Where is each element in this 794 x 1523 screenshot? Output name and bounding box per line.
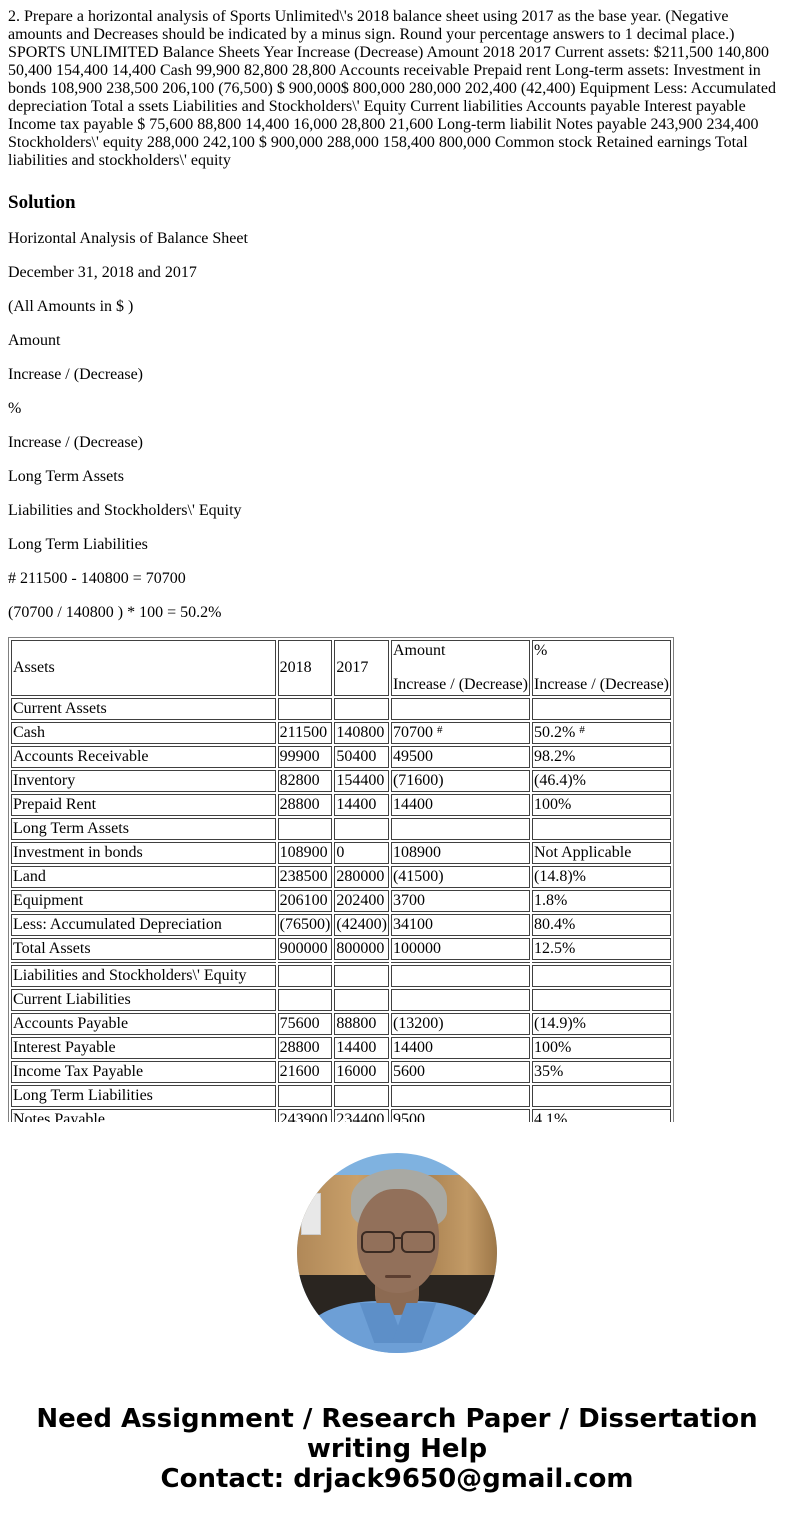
table-row: Investment in bonds1089000108900Not Appl… [11, 842, 671, 864]
value-2017-text: 88800 [336, 1015, 376, 1032]
row-label: Notes Payable [11, 1109, 276, 1122]
header-percent-line2: Increase / (Decrease) [534, 676, 669, 694]
para-inc-dec-1: Increase / (Decrease) [8, 366, 786, 384]
amount-change-text: (71600) [393, 772, 444, 789]
para-footnote-pct: (70700 / 140800 ) * 100 = 50.2% [8, 604, 786, 622]
table-row: Cash21150014080070700 #50.2% # [11, 722, 671, 744]
table-row: Total Assets90000080000010000012.5% [11, 938, 671, 960]
row-label-text: Accounts Receivable [13, 748, 149, 765]
table-row: Interest Payable288001440014400100% [11, 1037, 671, 1059]
amount-change-text: 34100 [393, 916, 433, 933]
value-2018-text: 28800 [280, 796, 320, 813]
percent-change: 12.5% [532, 938, 671, 960]
percent-change-text: 4.1% [534, 1111, 567, 1122]
row-label-text: Prepaid Rent [13, 796, 96, 813]
row-label: Long Term Assets [11, 818, 276, 840]
row-label: Accounts Receivable [11, 746, 276, 768]
para-units: (All Amounts in $ ) [8, 298, 786, 316]
value-2017-text: 14400 [336, 796, 376, 813]
value-2017-text: 280000 [336, 868, 384, 885]
value-2017-text: 14400 [336, 1039, 376, 1056]
value-2018 [278, 989, 333, 1011]
solution-heading: Solution [8, 192, 786, 214]
value-2018 [278, 818, 333, 840]
row-label: Equipment [11, 890, 276, 912]
row-label-text: Land [13, 868, 46, 885]
value-2017: 0 [334, 842, 389, 864]
amount-change: 70700 # [391, 722, 530, 744]
percent-change: (14.8)% [532, 866, 671, 888]
table-header-row: Assets 2018 2017 Amount Increase / (Decr… [11, 640, 671, 696]
para-amount: Amount [8, 332, 786, 350]
percent-change-text: 98.2% [534, 748, 575, 765]
value-2018: 28800 [278, 794, 333, 816]
value-2018: 900000 [278, 938, 333, 960]
table-row: Accounts Receivable99900504004950098.2% [11, 746, 671, 768]
row-label: Accounts Payable [11, 1013, 276, 1035]
percent-change: 1.8% [532, 890, 671, 912]
value-2018-text: (76500) [280, 916, 331, 933]
row-label-text: Total Assets [13, 940, 91, 957]
row-label: Interest Payable [11, 1037, 276, 1059]
value-2018: 21600 [278, 1061, 333, 1083]
divider-cell [334, 962, 389, 963]
row-label: Less: Accumulated Depreciation [11, 914, 276, 936]
row-label-text: Long Term Assets [13, 820, 129, 837]
percent-change [532, 965, 671, 987]
avatar-wall-switch [301, 1193, 321, 1235]
amount-change: (41500) [391, 866, 530, 888]
header-2017: 2017 [334, 640, 389, 696]
value-2018 [278, 1085, 333, 1107]
percent-change: (14.9)% [532, 1013, 671, 1035]
value-2017 [334, 1085, 389, 1107]
amount-change: 108900 [391, 842, 530, 864]
table-row: Less: Accumulated Depreciation(76500)(42… [11, 914, 671, 936]
value-2017-text: 202400 [336, 892, 384, 909]
percent-change-text: 1.8% [534, 892, 567, 909]
row-label-text: Accounts Payable [13, 1015, 128, 1032]
para-title: Horizontal Analysis of Balance Sheet [8, 230, 786, 248]
percent-change: 98.2% [532, 746, 671, 768]
value-2018-text: 99900 [280, 748, 320, 765]
table-row: Land238500280000(41500)(14.8)% [11, 866, 671, 888]
value-2018-text: 28800 [280, 1039, 320, 1056]
header-2018: 2018 [278, 640, 333, 696]
value-2018-text: 238500 [280, 868, 328, 885]
value-2018-text: 75600 [280, 1015, 320, 1032]
table-row: Long Term Liabilities [11, 1085, 671, 1107]
value-2017-text: 800000 [336, 940, 384, 957]
value-2017 [334, 965, 389, 987]
table-row: Long Term Assets [11, 818, 671, 840]
table-row: Current Assets [11, 698, 671, 720]
value-2017 [334, 698, 389, 720]
row-label-text: Interest Payable [13, 1039, 116, 1056]
table-row: Prepaid Rent288001440014400100% [11, 794, 671, 816]
row-label-text: Liabilities and Stockholders\' Equity [13, 967, 247, 984]
value-2017: 140800 [334, 722, 389, 744]
value-2018: (76500) [278, 914, 333, 936]
avatar-glasses-right [401, 1231, 435, 1253]
value-2018: 82800 [278, 770, 333, 792]
value-2017: 800000 [334, 938, 389, 960]
solution-paragraphs: Horizontal Analysis of Balance Sheet Dec… [0, 230, 794, 622]
table-row: Inventory82800154400(71600)(46.4)% [11, 770, 671, 792]
value-2018: 75600 [278, 1013, 333, 1035]
value-2017: 50400 [334, 746, 389, 768]
value-2018: 99900 [278, 746, 333, 768]
value-2017-text: 16000 [336, 1063, 376, 1080]
percent-change: 4.1% [532, 1109, 671, 1122]
row-label: Income Tax Payable [11, 1061, 276, 1083]
row-label-text: Income Tax Payable [13, 1063, 143, 1080]
percent-change-text: 50.2% [534, 724, 575, 741]
row-label-text: Notes Payable [13, 1111, 105, 1122]
value-2018-text: 206100 [280, 892, 328, 909]
value-2017-text: (42400) [336, 916, 387, 933]
percent-change-text: (14.9)% [534, 1015, 586, 1032]
row-label-text: Investment in bonds [13, 844, 143, 861]
row-label: Long Term Liabilities [11, 1085, 276, 1107]
percent-change [532, 1085, 671, 1107]
amount-change: 49500 [391, 746, 530, 768]
amount-change: (13200) [391, 1013, 530, 1035]
amount-change [391, 698, 530, 720]
value-2018: 206100 [278, 890, 333, 912]
amount-change-text: 108900 [393, 844, 441, 861]
value-2018-text: 243900 [280, 1111, 328, 1122]
value-2018 [278, 965, 333, 987]
value-2017: 202400 [334, 890, 389, 912]
percent-change-text: 12.5% [534, 940, 575, 957]
value-2017-text: 50400 [336, 748, 376, 765]
row-label: Current Assets [11, 698, 276, 720]
value-2018: 108900 [278, 842, 333, 864]
value-2017: 14400 [334, 794, 389, 816]
amount-change: 34100 [391, 914, 530, 936]
percent-change-text: (46.4)% [534, 772, 586, 789]
amount-change: (71600) [391, 770, 530, 792]
value-2018-text: 108900 [280, 844, 328, 861]
row-label: Investment in bonds [11, 842, 276, 864]
percent-change-text: 100% [534, 1039, 571, 1056]
table-row: Notes Payable24390023440095004.1% [11, 1109, 671, 1122]
para-inc-dec-2: Increase / (Decrease) [8, 434, 786, 452]
value-2018-text: 211500 [280, 724, 327, 741]
amount-change-text: 9500 [393, 1111, 425, 1122]
amount-change: 3700 [391, 890, 530, 912]
avatar-mouth [385, 1275, 411, 1278]
value-2017-text: 154400 [336, 772, 384, 789]
amount-change: 5600 [391, 1061, 530, 1083]
row-label: Cash [11, 722, 276, 744]
amount-change-text: 3700 [393, 892, 425, 909]
amount-change: 14400 [391, 794, 530, 816]
divider-cell [391, 962, 530, 963]
value-2017: 280000 [334, 866, 389, 888]
percent-change [532, 989, 671, 1011]
amount-change [391, 989, 530, 1011]
promo-line-1: Need Assignment / Research Paper / Disse… [0, 1404, 794, 1434]
value-2017: 154400 [334, 770, 389, 792]
amount-change: 14400 [391, 1037, 530, 1059]
avatar-glasses-bridge [393, 1237, 401, 1239]
section-divider [11, 962, 671, 963]
row-label-text: Less: Accumulated Depreciation [13, 916, 222, 933]
value-2017: 16000 [334, 1061, 389, 1083]
percent-change-text: 100% [534, 796, 571, 813]
percent-change [532, 818, 671, 840]
table-row: Equipment20610020240037001.8% [11, 890, 671, 912]
assets-section: Assets 2018 2017 Amount Increase / (Decr… [11, 640, 671, 960]
header-amount-line2: Increase / (Decrease) [393, 676, 528, 694]
percent-change: Not Applicable [532, 842, 671, 864]
divider-cell [532, 962, 671, 963]
amount-change-text: (41500) [393, 868, 444, 885]
value-2017-text: 234400 [336, 1111, 384, 1122]
percent-change-text: 80.4% [534, 916, 575, 933]
header-amount-line1: Amount [393, 642, 528, 660]
row-label-text: Inventory [13, 772, 75, 789]
percent-change: 35% [532, 1061, 671, 1083]
value-2017: 14400 [334, 1037, 389, 1059]
value-2017 [334, 818, 389, 840]
percent-change: (46.4)% [532, 770, 671, 792]
row-label-text: Long Term Liabilities [13, 1087, 153, 1104]
table-row: Income Tax Payable2160016000560035% [11, 1061, 671, 1083]
amount-change-text: 14400 [393, 1039, 433, 1056]
row-label-text: Current Liabilities [13, 991, 131, 1008]
row-label-text: Current Assets [13, 700, 107, 717]
avatar-glasses-left [361, 1231, 395, 1253]
header-assets: Assets [11, 640, 276, 696]
row-label: Liabilities and Stockholders\' Equity [11, 965, 276, 987]
value-2017 [334, 989, 389, 1011]
para-long-term-liabilities: Long Term Liabilities [8, 536, 786, 554]
divider-cell [278, 962, 333, 963]
percent-change: 80.4% [532, 914, 671, 936]
value-2017: 88800 [334, 1013, 389, 1035]
value-2018: 211500 [278, 722, 333, 744]
row-label: Current Liabilities [11, 989, 276, 1011]
percent-change-text: 35% [534, 1063, 563, 1080]
para-date: December 31, 2018 and 2017 [8, 264, 786, 282]
amount-change-text: (13200) [393, 1015, 444, 1032]
question-text: 2. Prepare a horizontal analysis of Spor… [8, 8, 786, 170]
value-2018-text: 21600 [280, 1063, 320, 1080]
row-label: Land [11, 866, 276, 888]
para-percent: % [8, 400, 786, 418]
liabilities-section: Liabilities and Stockholders\' EquityCur… [11, 965, 671, 1122]
amount-change: 100000 [391, 938, 530, 960]
percent-change: 100% [532, 1037, 671, 1059]
table-row: Liabilities and Stockholders\' Equity [11, 965, 671, 987]
value-2017-text: 0 [336, 844, 344, 861]
para-footnote-calc: # 211500 - 140800 = 70700 [8, 570, 786, 588]
value-2018: 243900 [278, 1109, 333, 1122]
percent-change-text: Not Applicable [534, 844, 631, 861]
value-2018-text: 82800 [280, 772, 320, 789]
horizontal-analysis-table: Assets 2018 2017 Amount Increase / (Decr… [8, 637, 674, 1122]
para-liabilities-equity: Liabilities and Stockholders\' Equity [8, 502, 786, 520]
divider-cell [11, 962, 276, 963]
value-2018 [278, 698, 333, 720]
header-amount: Amount Increase / (Decrease) [391, 640, 530, 696]
header-percent-line1: % [534, 642, 669, 660]
promo-contact: Contact: drjack9650@gmail.com [0, 1464, 794, 1494]
value-2018: 28800 [278, 1037, 333, 1059]
percent-change: 50.2% # [532, 722, 671, 744]
amount-change [391, 1085, 530, 1107]
row-label-text: Cash [13, 724, 45, 741]
footnote-marker: # [579, 724, 585, 736]
amount-change-text: 70700 [393, 724, 433, 741]
value-2018-text: 900000 [280, 940, 328, 957]
promo-footer: Need Assignment / Research Paper / Disse… [0, 1404, 794, 1494]
amount-change [391, 965, 530, 987]
amount-change-text: 14400 [393, 796, 433, 813]
amount-change [391, 818, 530, 840]
row-label: Inventory [11, 770, 276, 792]
row-label-text: Equipment [13, 892, 83, 909]
value-2017: (42400) [334, 914, 389, 936]
value-2017: 234400 [334, 1109, 389, 1122]
header-percent: % Increase / (Decrease) [532, 640, 671, 696]
amount-change-text: 100000 [393, 940, 441, 957]
footnote-marker: # [437, 724, 443, 736]
divider-row [11, 962, 671, 963]
row-label: Total Assets [11, 938, 276, 960]
table-row: Accounts Payable7560088800(13200)(14.9)% [11, 1013, 671, 1035]
amount-change-text: 5600 [393, 1063, 425, 1080]
value-2017-text: 140800 [336, 724, 384, 741]
table-row: Current Liabilities [11, 989, 671, 1011]
amount-change-text: 49500 [393, 748, 433, 765]
para-long-term-assets: Long Term Assets [8, 468, 786, 486]
amount-change: 9500 [391, 1109, 530, 1122]
analysis-table-container: Assets 2018 2017 Amount Increase / (Decr… [8, 637, 674, 1122]
row-label: Prepaid Rent [11, 794, 276, 816]
value-2018: 238500 [278, 866, 333, 888]
promo-line-2: writing Help [0, 1434, 794, 1464]
percent-change-text: (14.8)% [534, 868, 586, 885]
author-avatar [297, 1153, 497, 1353]
percent-change: 100% [532, 794, 671, 816]
percent-change [532, 698, 671, 720]
